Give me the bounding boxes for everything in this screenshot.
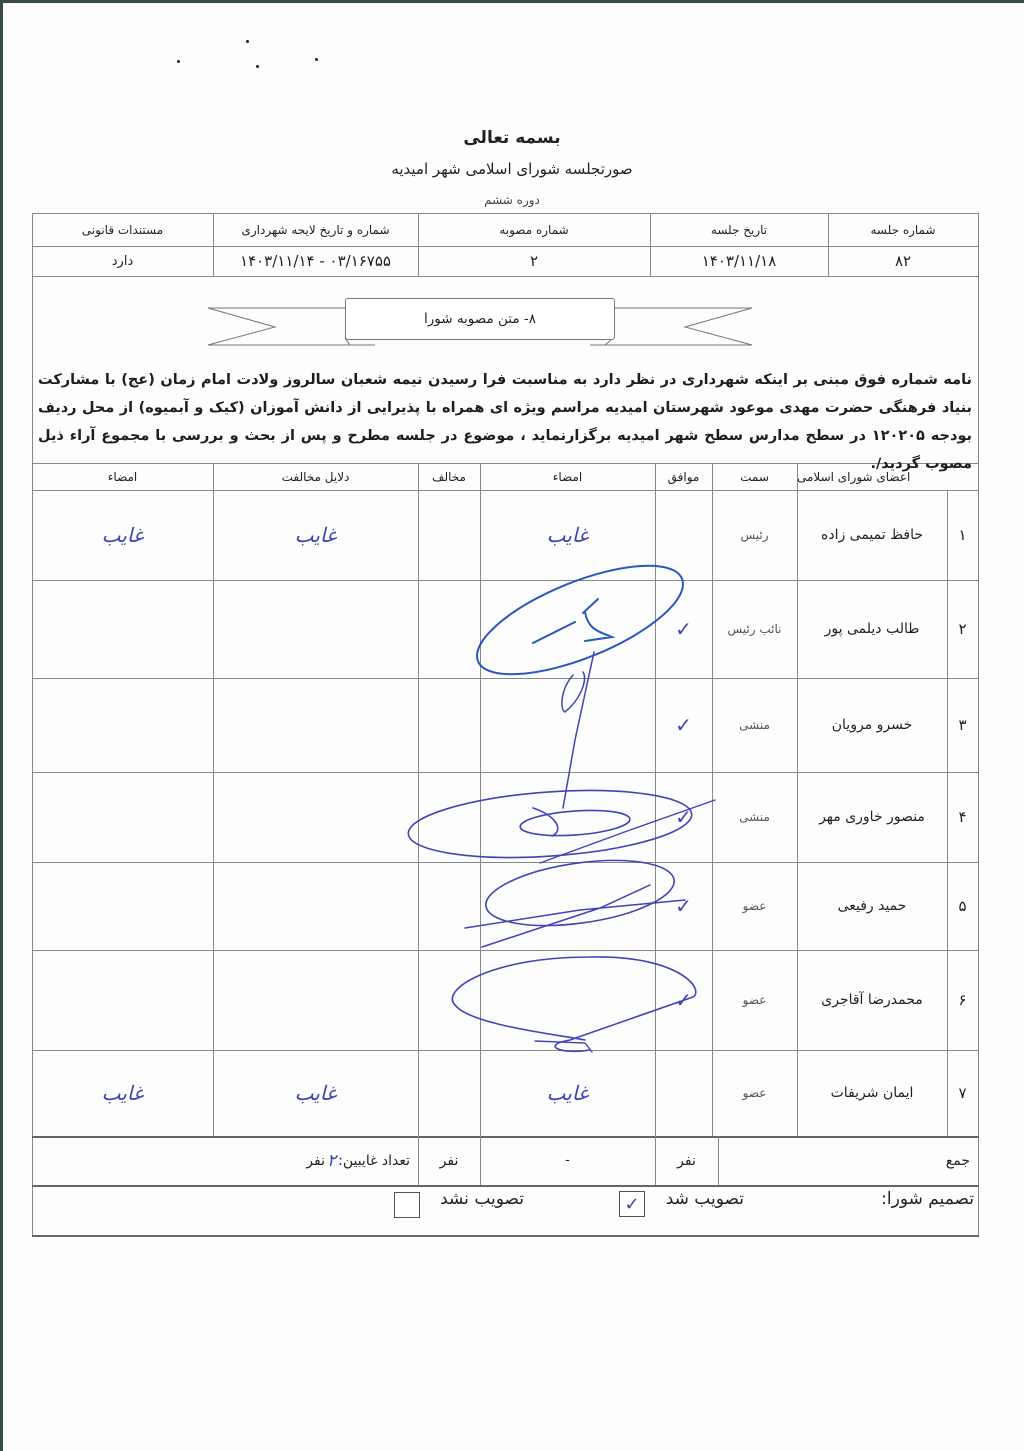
col-role: سمت — [712, 463, 797, 490]
scan-speck — [315, 58, 318, 61]
member-role: نائب رئیس — [712, 580, 797, 678]
oppose-mark — [418, 490, 480, 580]
member-role: منشی — [712, 678, 797, 772]
signature-oppose: غایب — [32, 490, 213, 580]
session-date-value: ۱۴۰۳/۱۱/۱۸ — [650, 246, 828, 276]
row-index: ۳ — [947, 678, 978, 772]
absent-count-value: ۲ — [327, 1151, 336, 1171]
decision-label: تصمیم شورا: — [881, 1189, 974, 1209]
agree-mark: ✓ — [655, 950, 712, 1050]
approved-checkbox[interactable]: ✓ — [619, 1191, 645, 1217]
totals-dash: - — [480, 1136, 655, 1185]
member-name: حافظ تمیمی زاده — [797, 490, 947, 580]
member-name: ایمان شریفات — [797, 1050, 947, 1136]
oppose-reasons: غایب — [213, 490, 418, 580]
signature-agree: غایب — [480, 1050, 655, 1136]
council-term: دوره ششم — [0, 193, 1024, 207]
legal-basis-value: دارد — [32, 246, 213, 276]
member-role: منشی — [712, 772, 797, 862]
scanned-page: بسمه تعالی صورتجلسه شورای اسلامی شهر امی… — [0, 0, 1024, 1451]
check-icon: ✓ — [624, 1194, 639, 1215]
row-index: ۴ — [947, 772, 978, 862]
agree-mark — [655, 1050, 712, 1136]
session-number-value: ۸۲ — [828, 246, 978, 276]
oppose-total-unit: نفر — [418, 1136, 480, 1185]
member-name: منصور خاوری مهر — [797, 772, 947, 862]
member-name: خسرو مرویان — [797, 678, 947, 772]
member-name: محمدرضا آقاجری — [797, 950, 947, 1050]
member-role: رئیس — [712, 490, 797, 580]
col-agree: موافق — [655, 463, 712, 490]
row-index: ۶ — [947, 950, 978, 1050]
absent-unit: نفر — [306, 1153, 325, 1169]
header-resolution-number: شماره مصوبه — [418, 213, 650, 246]
oppose-reasons: غایب — [213, 1050, 418, 1136]
resolution-text: نامه شماره فوق مبنی بر اینکه شهرداری در … — [38, 366, 972, 478]
absent-label: تعداد غایبین: — [338, 1153, 410, 1169]
rejected-checkbox[interactable] — [394, 1192, 420, 1218]
agree-mark: ✓ — [655, 862, 712, 950]
scan-speck — [246, 40, 249, 43]
approved-label: تصویب شد — [666, 1189, 744, 1209]
header-bill-number-date: شماره و تاریخ لایحه شهرداری — [213, 213, 418, 246]
agree-mark: ✓ — [655, 772, 712, 862]
header-legal-basis: مستندات قانونی — [32, 213, 213, 246]
agree-mark: ✓ — [655, 580, 712, 678]
row-index: ۱ — [947, 490, 978, 580]
col-oppose: مخالف — [418, 463, 480, 490]
header-session-number: شماره جلسه — [828, 213, 978, 246]
col-reasons: دلایل مخالفت — [213, 463, 418, 490]
bill-number-date-value: ۱۴۰۳/۱۱/۱۴ - ۰۳/۱۶۷۵۵ — [213, 246, 418, 276]
member-name: حمید رفیعی — [797, 862, 947, 950]
col-members: اعضای شورای اسلامی — [797, 463, 978, 490]
signature-agree: غایب — [480, 490, 655, 580]
member-role: عضو — [712, 1050, 797, 1136]
page-title: بسمه تعالی — [0, 128, 1024, 148]
row-index: ۲ — [947, 580, 978, 678]
document-subtitle: صورتجلسه شورای اسلامی شهر امیدیه — [0, 160, 1024, 178]
header-session-date: تاریخ جلسه — [650, 213, 828, 246]
scan-edge-left — [0, 0, 3, 1451]
section-ribbon-label: ۸- متن مصوبه شورا — [345, 298, 615, 340]
col-signature-oppose: امضاء — [32, 463, 213, 490]
signature-oppose: غایب — [32, 1050, 213, 1136]
row-index: ۵ — [947, 862, 978, 950]
agree-mark: ✓ — [655, 678, 712, 772]
scan-speck — [256, 65, 259, 68]
absent-count: تعداد غایبین: ۲ نفر — [32, 1136, 418, 1185]
member-role: عضو — [712, 950, 797, 1050]
col-signature-agree: امضاء — [480, 463, 655, 490]
member-name: طالب دیلمی پور — [797, 580, 947, 678]
oppose-mark — [418, 1050, 480, 1136]
agree-total-unit: نفر — [655, 1136, 718, 1185]
member-role: عضو — [712, 862, 797, 950]
scan-speck — [177, 60, 180, 63]
totals-label: جمع — [718, 1136, 978, 1185]
scan-edge-top — [0, 0, 1024, 3]
agree-mark — [655, 490, 712, 580]
row-index: ۷ — [947, 1050, 978, 1136]
rejected-label: تصویب نشد — [440, 1189, 524, 1209]
resolution-number-value: ۲ — [418, 246, 650, 276]
